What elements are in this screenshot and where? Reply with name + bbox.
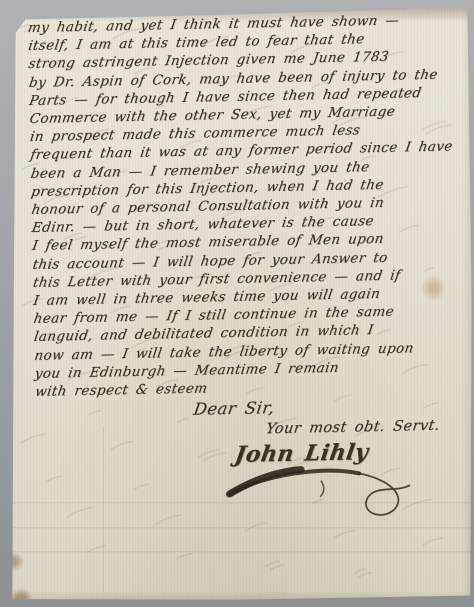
letter-body: my habit, and yet I think it must have s…	[26, 11, 474, 402]
signature-flourish	[225, 462, 422, 532]
letter-valediction: Your most obt. Servt.	[264, 416, 474, 439]
letter-page: my habit, and yet I think it must have s…	[0, 0, 474, 607]
photograph-background: my habit, and yet I think it must have s…	[0, 0, 474, 607]
signature-block: John Lihly	[233, 437, 474, 552]
letter-signature: John Lihly	[233, 437, 474, 468]
letter-text: my habit, and yet I think it must have s…	[26, 11, 474, 556]
